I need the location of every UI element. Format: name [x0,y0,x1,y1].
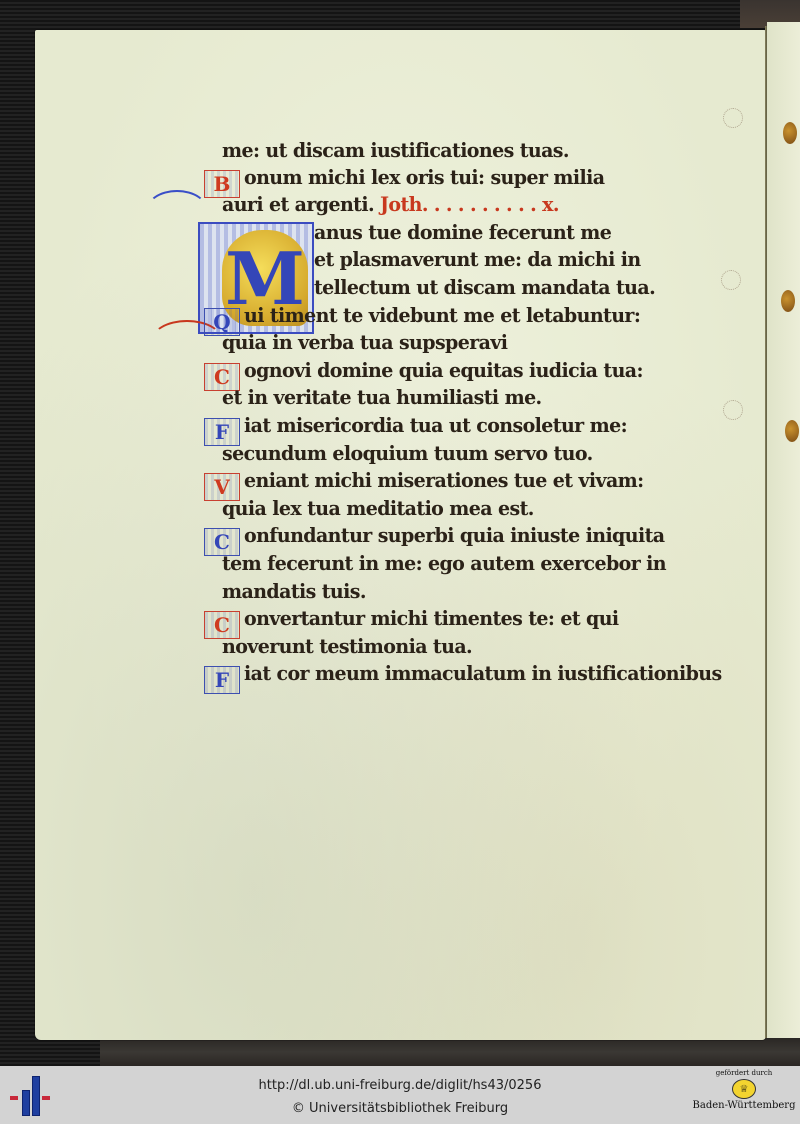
text-line: tellectum ut discam mandata tua. [314,276,655,304]
text-line: auri et argenti. Joth. . . . . . . . . .… [222,193,559,221]
decoration-dot-icon [781,290,795,312]
text-line: et in veritate tua humiliasti me. [222,386,542,414]
text-line: quia lex tua meditatio mea est. [222,497,534,525]
text-segment: auri et argenti. [222,193,374,216]
text-line: onfundantur superbi quia iniuste iniquit… [244,524,664,552]
sponsor-badge[interactable]: gefördert durch ♕ Baden-Württemberg [692,1069,796,1121]
decoration-dot-icon [785,420,799,442]
sponsor-label: gefördert durch [692,1069,796,1077]
baden-wuerttemberg-coat-of-arms-icon: ♕ [732,1079,756,1099]
text-line: quia in verba tua supsperavi [222,331,507,359]
rubric-heading: Joth. . . . . . . . . . x. [380,193,559,216]
text-line: ui timent te videbunt me et letabuntur: [244,304,640,332]
book-cover-bottom [100,1038,800,1066]
flourish-icon [145,190,209,234]
marginal-sketch-icon [723,108,743,128]
text-line: anus tue domine fecerunt me [314,221,611,249]
copyright-notice: © Universitätsbibliothek Freiburg [0,1101,800,1116]
text-line: onum michi lex oris tui: super milia [244,166,604,194]
text-line: tem fecerunt in me: ego autem exercebor … [222,552,666,580]
logo-dash [10,1096,18,1100]
text-line: noverunt testimonia tua. [222,635,472,663]
logo-dash [42,1096,50,1100]
marginal-sketch-icon [723,400,743,420]
page-gutter [765,26,767,1038]
text-line: iat misericordia tua ut consoletur me: [244,414,627,442]
permalink-url[interactable]: http://dl.ub.uni-freiburg.de/diglit/hs43… [0,1078,800,1093]
text-line: mandatis tuis. [222,580,366,608]
decoration-dot-icon [783,122,797,144]
marginal-sketch-icon [721,270,741,290]
text-line: secundum eloquium tuum servo tuo. [222,442,593,470]
text-line: eniant michi miserationes tue et vivam: [244,469,644,497]
text-line: onvertantur michi timentes te: et qui [244,607,619,635]
footer-bar: http://dl.ub.uni-freiburg.de/diglit/hs43… [0,1066,800,1124]
text-line: et plasmaverunt me: da michi in [314,248,641,276]
initial-f: F [204,666,240,694]
text-line: ognovi domine quia equitas iudicia tua: [244,359,643,387]
sponsor-name: Baden-Württemberg [692,1100,796,1111]
facing-page-edge [767,22,800,1038]
text-line: me: ut discam iustificationes tuas. [222,139,569,167]
text-line: iat cor meum immaculatum in iustificatio… [244,662,722,690]
